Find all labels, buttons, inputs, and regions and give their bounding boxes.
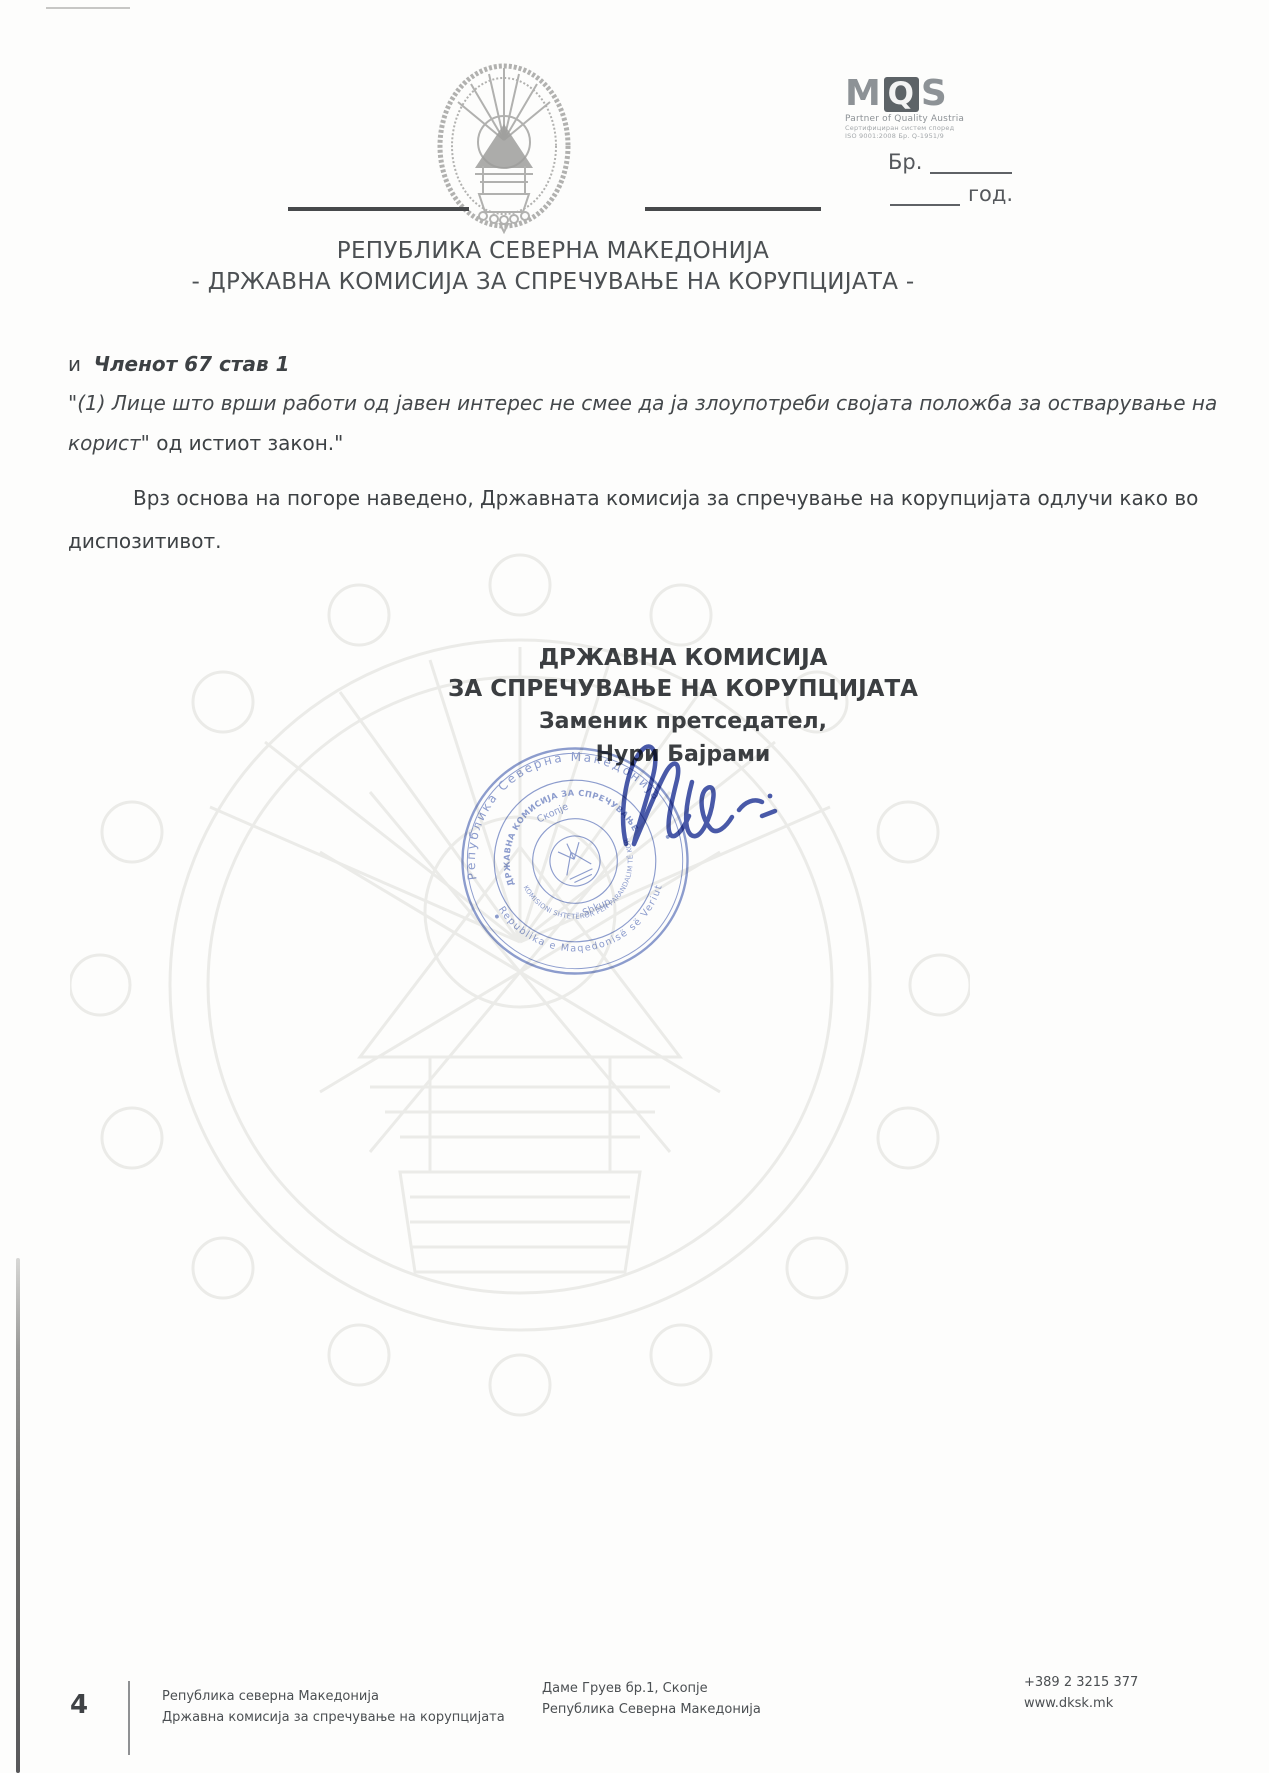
header-rule-right [645, 207, 821, 211]
mqs-letter-q: Q [884, 77, 919, 112]
mqs-tagline: Partner of Quality Austria [845, 114, 995, 124]
footer-org-line1: Република северна Македонија [162, 1686, 505, 1707]
mqs-letter-m: M [845, 76, 882, 112]
year-blank-line [890, 188, 960, 206]
quote-line2-plain: од истиот закон." [156, 431, 343, 455]
footer-divider [128, 1681, 130, 1755]
quote-line2: корист" од истиот закон." [68, 431, 343, 455]
org-header: РЕПУБЛИКА СЕВЕРНА МАКЕДОНИЈА - ДРЖАВНА К… [0, 236, 1106, 298]
mqs-cert-line: Сертифициран систем според [845, 124, 995, 132]
clause-prefix: и [68, 352, 81, 376]
signature-org-line1: ДРЖАВНА КОМИСИЈА [383, 643, 983, 674]
footer-address-line2: Република Северна Македонија [542, 1699, 761, 1720]
footer-address-line1: Даме Груев бр.1, Скопје [542, 1678, 761, 1699]
footer-contact: +389 2 3215 377 www.dksk.mk [1024, 1672, 1138, 1714]
footer-org-line2: Државна комисија за спречување на корупц… [162, 1707, 505, 1728]
mqs-logo: M Q S Partner of Quality Austria Сертифи… [845, 76, 995, 140]
closing-paragraph-line1: Врз основа на погоре наведено, Државната… [133, 486, 1198, 510]
header-rule-left [288, 207, 469, 211]
org-header-line2: - ДРЖАВНА КОМИСИЈА ЗА СПРЕЧУВАЊЕ НА КОРУ… [0, 267, 1106, 298]
stamp-center-emblem [542, 828, 608, 894]
number-blank-line [930, 156, 1012, 174]
mqs-letter-s: S [921, 76, 948, 112]
quote-line1: "(1) Лице што врши работи од јавен интер… [68, 391, 1217, 415]
document-page: M Q S Partner of Quality Austria Сертифи… [0, 0, 1269, 1773]
mqs-letters: M Q S [845, 76, 995, 112]
document-year-row: год. [890, 182, 1013, 206]
clause-title: Членот 67 став 1 [94, 352, 290, 376]
document-number-row: Бр. [888, 150, 1012, 174]
footer-phone: +389 2 3215 377 [1024, 1672, 1138, 1693]
closing-paragraph-line2: диспозитивот. [68, 529, 221, 553]
org-header-line1: РЕПУБЛИКА СЕВЕРНА МАКЕДОНИЈА [0, 236, 1106, 267]
page-number: 4 [70, 1690, 88, 1720]
scan-artifact-line [46, 7, 130, 9]
clause-reference: и Членот 67 став 1 [68, 352, 289, 376]
number-label: Бр. [888, 150, 922, 174]
footer-website: www.dksk.mk [1024, 1693, 1138, 1714]
year-label: год. [968, 182, 1013, 206]
signature-org-line2: ЗА СПРЕЧУВАЊЕ НА КОРУПЦИЈАТА [383, 674, 983, 705]
scan-artifact-fold [16, 1258, 20, 1773]
mqs-iso-line: ISO 9001:2008 Бр. Q-1951/9 [845, 132, 995, 140]
signer-role: Заменик претседател, [383, 705, 983, 738]
footer-org: Република северна Македонија Државна ком… [162, 1686, 505, 1728]
footer-address: Даме Груев бр.1, Скопје Република Северн… [542, 1678, 761, 1720]
handwritten-signature [612, 738, 797, 850]
quote-line2-italic: корист" [68, 431, 150, 455]
